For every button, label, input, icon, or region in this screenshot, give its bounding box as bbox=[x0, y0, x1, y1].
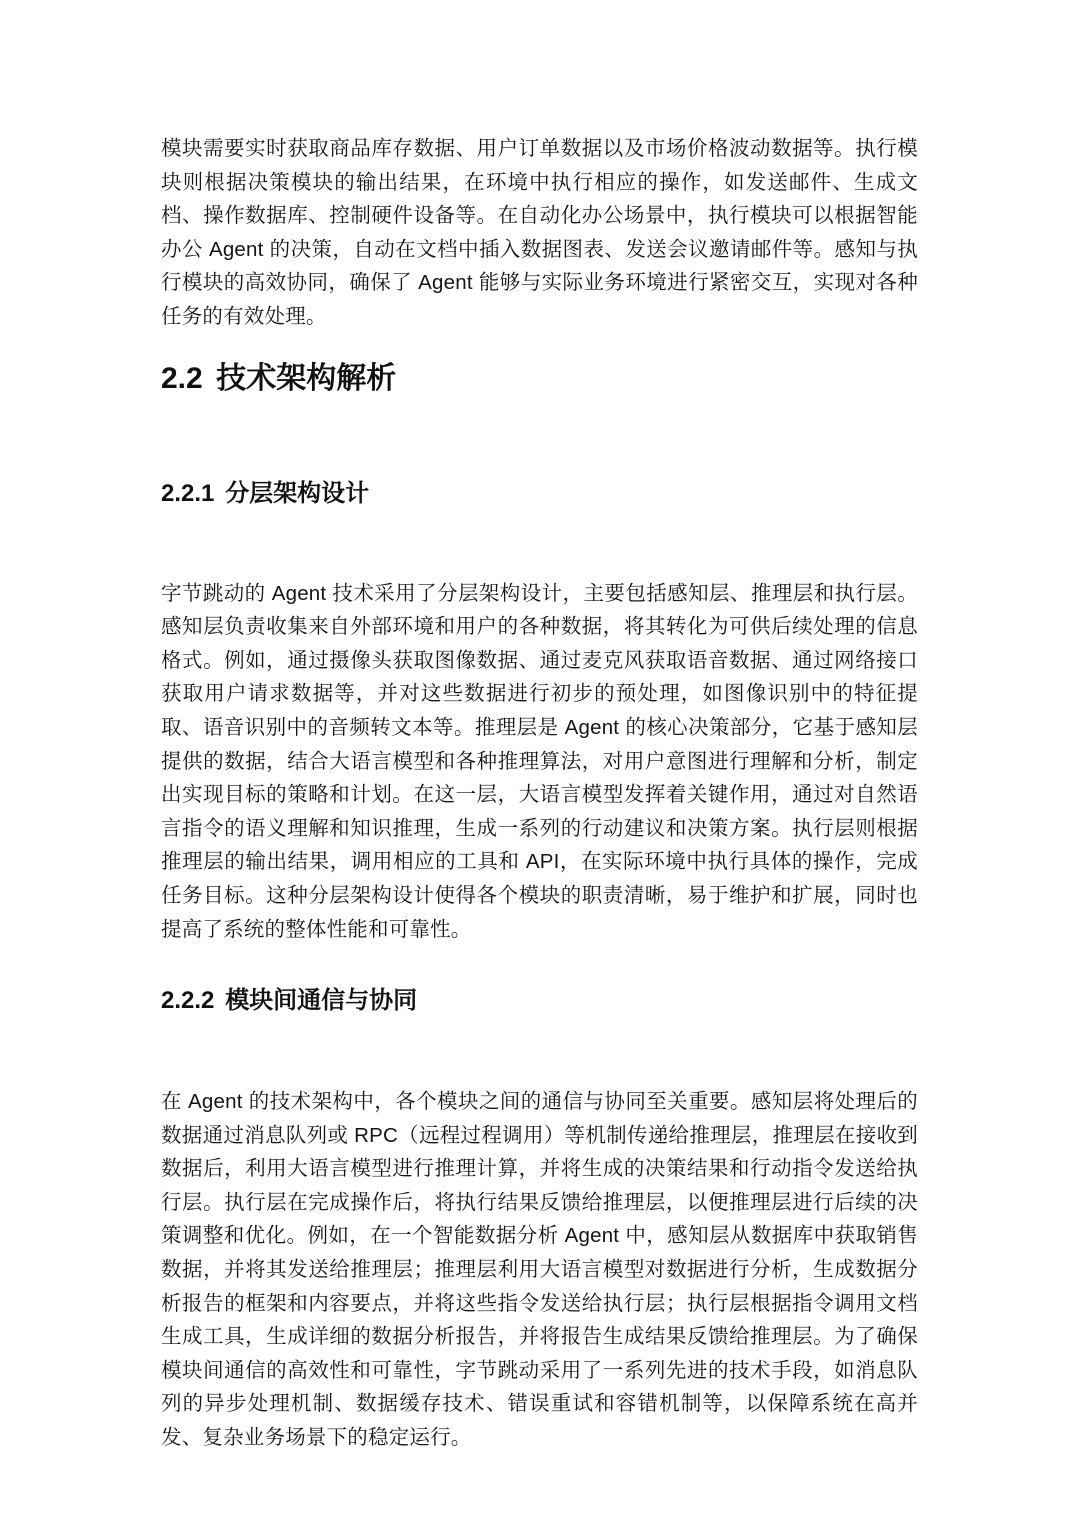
paragraph-intro: 模块需要实时获取商品库存数据、用户订单数据以及市场价格波动数据等。执行模块则根据… bbox=[161, 132, 918, 334]
subsection-title: 模块间通信与协同 bbox=[225, 987, 417, 1014]
subsection-title: 分层架构设计 bbox=[225, 480, 369, 507]
section-number: 2.2 bbox=[161, 362, 203, 395]
paragraph-module-communication: 在 Agent 的技术架构中，各个模块之间的通信与协同至关重要。感知层将处理后的… bbox=[161, 1085, 918, 1455]
subsection-number: 2.2.1 bbox=[161, 480, 214, 507]
subsection-heading-layered-architecture: 2.2.1分层架构设计 bbox=[161, 478, 918, 509]
paragraph-layered-architecture: 字节跳动的 Agent 技术采用了分层架构设计，主要包括感知层、推理层和执行层。… bbox=[161, 577, 918, 947]
subsection-heading-module-communication: 2.2.2模块间通信与协同 bbox=[161, 985, 918, 1016]
document-page: 模块需要实时获取商品库存数据、用户订单数据以及市场价格波动数据等。执行模块则根据… bbox=[0, 0, 1080, 1527]
section-heading: 2.2技术架构解析 bbox=[161, 359, 918, 399]
subsection-number: 2.2.2 bbox=[161, 987, 214, 1014]
section-title: 技术架构解析 bbox=[216, 362, 396, 395]
